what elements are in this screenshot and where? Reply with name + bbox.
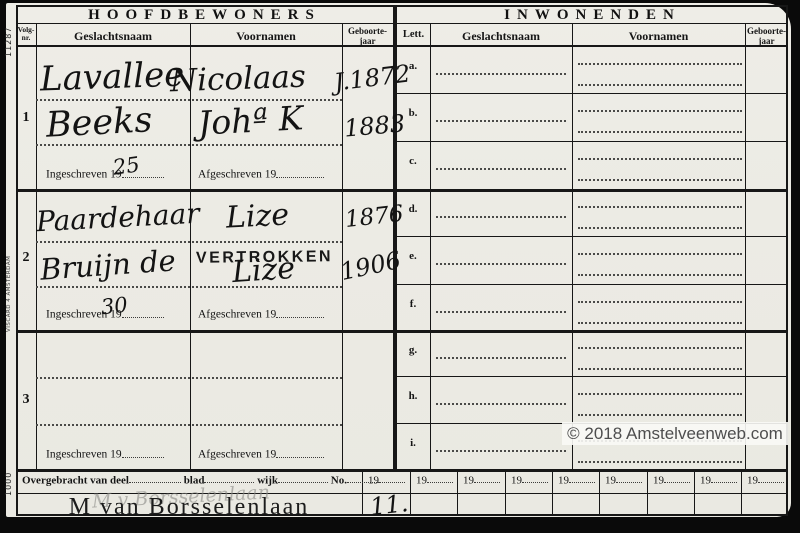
dotted-line	[578, 322, 742, 324]
year-cell: 19	[700, 474, 737, 486]
row-number: 1	[17, 110, 35, 126]
dotted-line	[436, 403, 566, 405]
grid-line	[694, 469, 695, 514]
dotted-line	[578, 131, 742, 133]
birthyear-entry: 1876	[344, 203, 405, 232]
dotted-line	[578, 63, 742, 65]
dotted-line	[578, 461, 742, 463]
overgebracht-label: Overgebracht van deel	[22, 474, 129, 486]
dotted-line	[578, 158, 742, 160]
no-label: No.	[331, 474, 347, 486]
grid-line	[397, 284, 788, 285]
dotted-line	[36, 241, 342, 243]
dotted-line	[36, 144, 342, 146]
letter-label: b.	[400, 107, 426, 119]
stock-number: 1000	[4, 466, 13, 496]
serial-number: 11287	[4, 17, 13, 57]
year-cell: 19	[416, 474, 453, 486]
scanned-register-page: 11287 VISCARD 4 AMSTERDAM 1000 HOOFDBEWO…	[0, 0, 800, 533]
year-cell: 19	[605, 474, 642, 486]
copyright-watermark: © 2018 Amstelveenweb.com	[562, 422, 788, 445]
dotted-line	[578, 206, 742, 208]
dotted-line	[36, 377, 342, 379]
letter-label: h.	[400, 390, 426, 402]
ingeschreven-label: Ingeschreven 19	[46, 168, 164, 181]
row-number: 2	[17, 250, 35, 266]
grid-line	[572, 23, 573, 469]
dotted-line	[578, 347, 742, 349]
surname-entry: Beeks	[45, 103, 153, 144]
dotted-line	[436, 168, 566, 170]
letter-label: f.	[400, 298, 426, 310]
column-header-voornamen-left: Voornamen	[190, 29, 342, 44]
dotted-line	[578, 414, 742, 416]
year-cell: 19	[747, 474, 784, 486]
letter-label: d.	[400, 203, 426, 215]
dotted-line	[578, 274, 742, 276]
dotted-line	[36, 424, 342, 426]
grid-line	[410, 469, 411, 514]
grid-line	[745, 23, 746, 469]
row-number: 3	[17, 392, 35, 408]
column-header-geslachtsnaam-right: Geslachtsnaam	[430, 29, 572, 44]
grid-line	[647, 469, 648, 514]
grid-line	[599, 469, 600, 514]
column-header-geboortejaar-left: Geboorte- jaar	[342, 26, 393, 46]
section-title-inwonenden: INWONENDEN	[397, 7, 788, 24]
letter-label: g.	[400, 344, 426, 356]
grid-line	[16, 45, 788, 47]
letter-label: c.	[400, 155, 426, 167]
year-cell: 19	[511, 474, 548, 486]
dotted-line	[578, 227, 742, 229]
afgeschreven-label: Afgeschreven 19	[198, 448, 324, 461]
grid-line	[552, 469, 553, 514]
grid-line	[430, 23, 431, 469]
dotted-line	[436, 357, 566, 359]
section-title-hoofdbewoners: HOOFDBEWONERS	[16, 7, 393, 24]
firstname-entry: Johª K	[197, 101, 304, 139]
house-number: 11.	[369, 491, 409, 519]
firstname-entry: Lize	[225, 200, 290, 233]
grid-line	[16, 189, 788, 192]
grid-line	[397, 236, 788, 237]
dotted-line	[436, 120, 566, 122]
dotted-line	[436, 73, 566, 75]
dotted-line	[436, 263, 566, 265]
dotted-line	[436, 450, 566, 452]
grid-line	[397, 141, 788, 142]
ingeschreven-label: Ingeschreven 19	[46, 448, 164, 461]
firstname-entry: Nicolaas	[170, 62, 307, 98]
grid-line	[16, 469, 788, 472]
dotted-line	[36, 286, 342, 288]
dotted-line	[578, 301, 742, 303]
surname-entry: Lavallee	[39, 57, 184, 96]
year-cell: 19	[463, 474, 500, 486]
letter-label: e.	[400, 250, 426, 262]
dotted-line	[578, 110, 742, 112]
year-cell: 19	[558, 474, 595, 486]
grid-line	[397, 93, 788, 94]
year-cell: 19	[368, 474, 405, 486]
column-header-volgnr: Volg- nr.	[16, 26, 36, 42]
letter-label: i.	[400, 437, 426, 449]
grid-line	[16, 330, 788, 333]
dotted-line	[578, 179, 742, 181]
dotted-line	[436, 216, 566, 218]
street-name: M van Borsselenlaan	[16, 494, 362, 521]
firstname-entry: Lize	[231, 254, 296, 288]
letter-label: a.	[400, 60, 426, 72]
grid-line	[457, 469, 458, 514]
dotted-line	[578, 253, 742, 255]
dotted-line	[436, 311, 566, 313]
dotted-line	[578, 84, 742, 86]
column-header-voornamen-right: Voornamen	[572, 29, 745, 44]
grid-line	[741, 469, 742, 514]
grid-line	[505, 469, 506, 514]
afgeschreven-label: Afgeschreven 19	[198, 308, 324, 321]
year-cell: 19	[653, 474, 690, 486]
grid-line	[397, 376, 788, 377]
column-header-geboortejaar-right: Geboorte- jaar	[745, 26, 788, 46]
surname-entry: Paardehaar	[35, 200, 200, 237]
dotted-line	[578, 368, 742, 370]
grid-line	[36, 23, 37, 469]
handwritten-ingeschreven-year: 30	[100, 295, 129, 319]
birthyear-entry: 1883	[343, 111, 406, 140]
afgeschreven-label: Afgeschreven 19	[198, 168, 324, 181]
column-header-lett: Lett.	[397, 29, 430, 40]
column-header-geslachtsnaam-left: Geslachtsnaam	[36, 29, 190, 44]
handwritten-ingeschreven-year: 25	[112, 154, 141, 179]
dotted-line	[578, 393, 742, 395]
printer-mark: VISCARD 4 AMSTERDAM	[6, 198, 12, 332]
